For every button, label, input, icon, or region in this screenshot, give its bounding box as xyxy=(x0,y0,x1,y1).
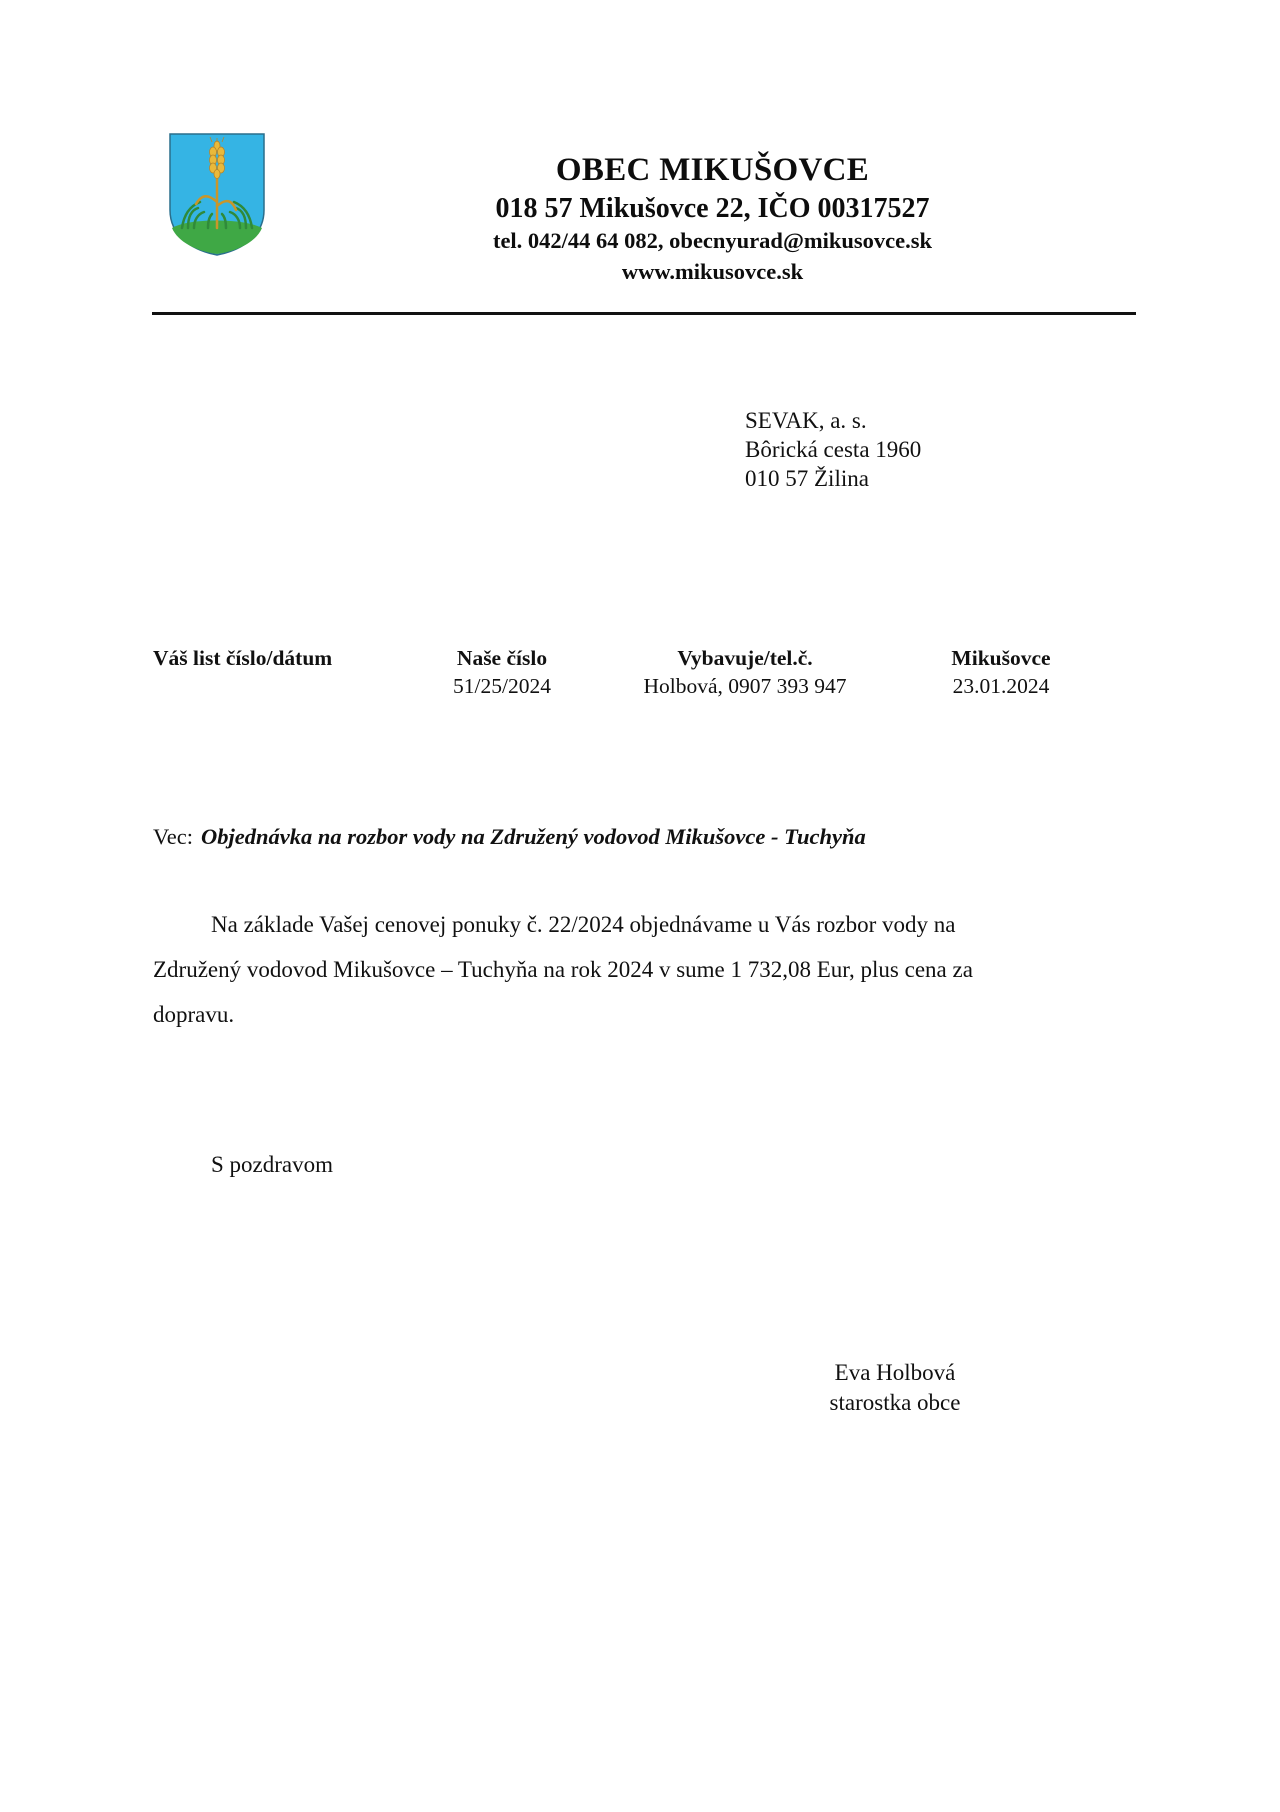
ref-header-your-letter: Váš list číslo/dátum xyxy=(153,646,332,671)
municipality-website: www.mikusovce.sk xyxy=(0,259,1280,285)
body-line: Na základe Vašej cenovej ponuky č. 22/20… xyxy=(211,912,956,938)
municipality-title: OBEC MIKUŠOVCE xyxy=(0,152,1280,189)
ref-header-handled-by: Vybavuje/tel.č. xyxy=(677,646,812,671)
letterhead-divider xyxy=(152,312,1136,315)
municipality-address: 018 57 Mikušovce 22, IČO 00317527 xyxy=(0,193,1280,225)
ref-header-our-number: Naše číslo xyxy=(457,646,547,671)
subject-text: Objednávka na rozbor vody na Združený vo… xyxy=(201,824,866,849)
closing-greeting: S pozdravom xyxy=(211,1152,333,1178)
recipient-city: 010 57 Žilina xyxy=(745,466,869,492)
subject-line: Vec:Objednávka na rozbor vody na Združen… xyxy=(153,824,866,850)
recipient-street: Bôrická cesta 1960 xyxy=(745,437,921,463)
body-line: dopravu. xyxy=(153,1002,234,1028)
signer-name: Eva Holbová xyxy=(835,1360,956,1386)
recipient-company: SEVAK, a. s. xyxy=(745,408,867,434)
body-line: Združený vodovod Mikušovce – Tuchyňa na … xyxy=(153,957,973,983)
subject-label: Vec: xyxy=(153,824,193,849)
ref-header-place: Mikušovce xyxy=(951,646,1050,671)
ref-value-date: 23.01.2024 xyxy=(953,674,1050,699)
ref-value-our-number: 51/25/2024 xyxy=(453,674,551,699)
municipality-contact: tel. 042/44 64 082, obecnyurad@mikusovce… xyxy=(0,228,1280,254)
signer-title: starostka obce xyxy=(830,1390,961,1416)
ref-value-handled-by: Holbová, 0907 393 947 xyxy=(643,674,846,699)
